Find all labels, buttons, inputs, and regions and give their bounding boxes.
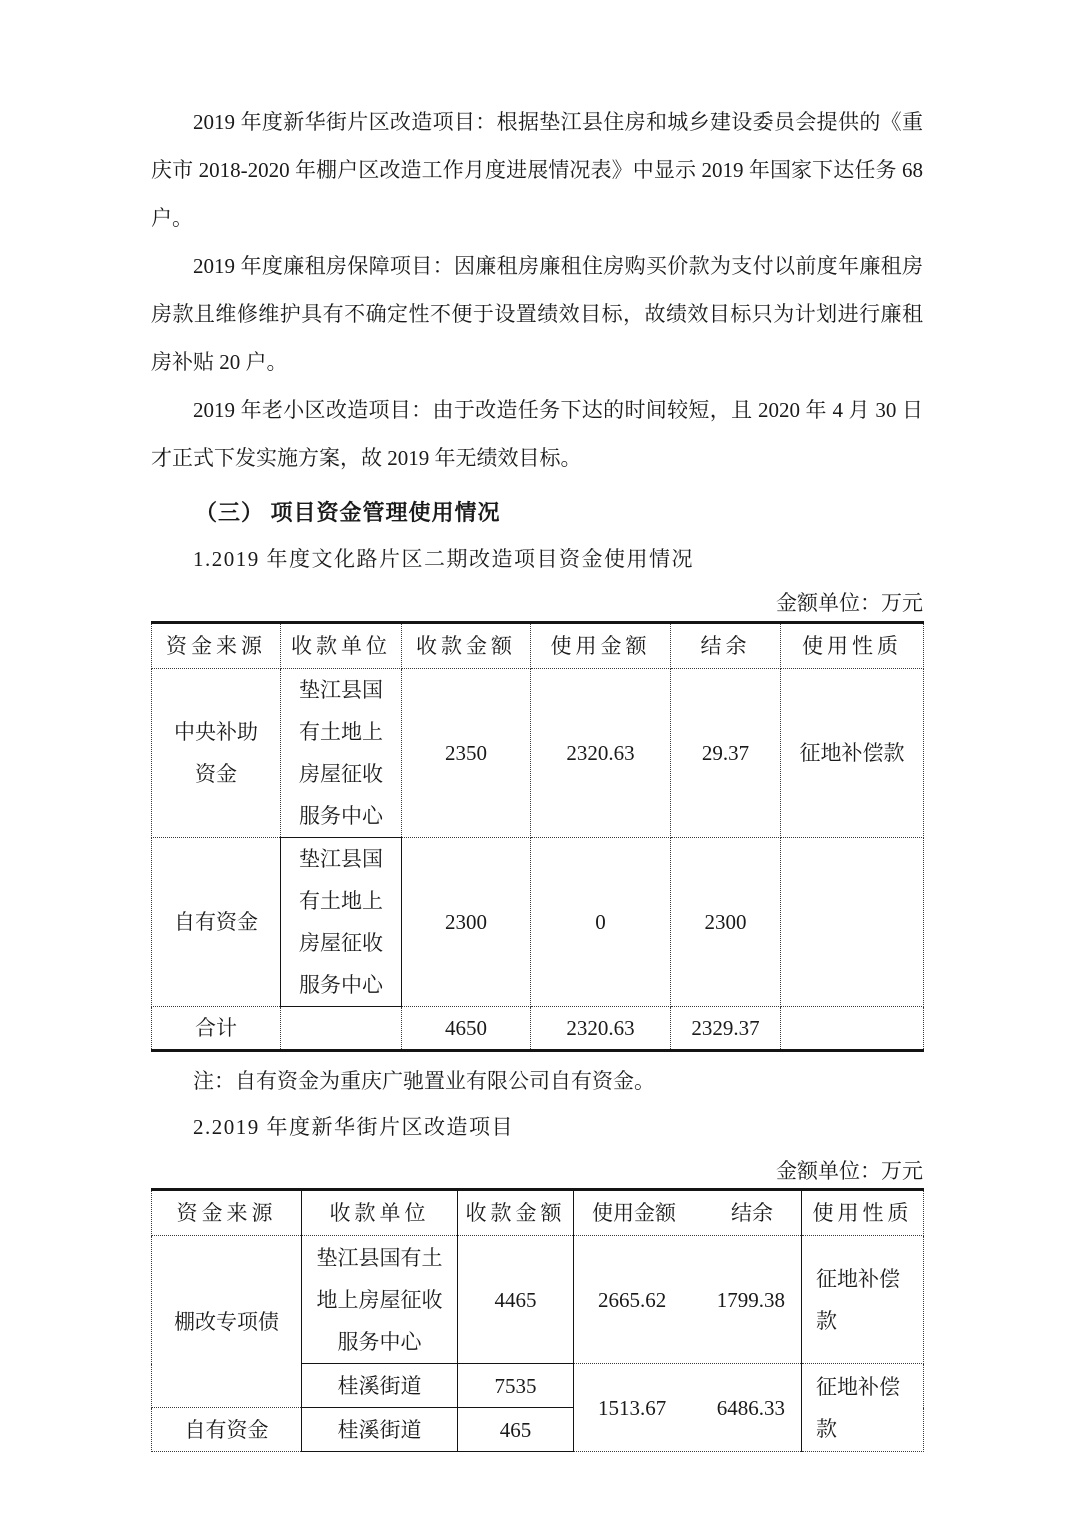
cell-used: 2320.63	[531, 669, 671, 838]
cell-nature: 征地补偿款	[802, 1236, 924, 1364]
cell-payee: 垫江县国有土地上房屋征收服务中心	[281, 669, 402, 838]
table1-header-used: 使用金额	[531, 623, 671, 669]
table1-header-received: 收款金额	[402, 623, 531, 669]
cell-nature: 征地补偿款	[802, 1364, 924, 1452]
table-xinhuajie-funds: 资金来源 收款单位 收款金额 使用金额 结余 使用性质 棚改专项债 垫江县国有土…	[151, 1188, 924, 1452]
balance-value: 1799.38	[717, 1279, 785, 1321]
cell-balance: 2329.37	[671, 1007, 781, 1051]
cell-received: 465	[458, 1408, 574, 1452]
section-heading-fund-management: （三） 项目资金管理使用情况	[151, 490, 923, 536]
cell-received: 4465	[458, 1236, 574, 1364]
cell-payee: 桂溪街道	[302, 1408, 458, 1452]
table2-row-special-bond: 棚改专项债 垫江县国有土地上房屋征收服务中心 4465 2665.62 1799…	[152, 1236, 924, 1364]
paragraph-xinhuajie-project: 2019 年度新华街片区改造项目：根据垫江县住房和城乡建设委员会提供的《重庆市 …	[151, 98, 923, 242]
used-amount-value: 2665.62	[598, 1279, 666, 1321]
table2-header-payee: 收款单位	[302, 1190, 458, 1236]
cell-balance: 29.37	[671, 669, 781, 838]
table1-header-source: 资金来源	[152, 623, 281, 669]
cell-used-balance: 2665.62 1799.38	[574, 1236, 802, 1364]
cell-payee: 垫江县国有土地上房屋征收服务中心	[281, 838, 402, 1007]
cell-source: 中央补助资金	[152, 669, 281, 838]
table1-note: 注：自有资金为重庆广驰置业有限公司自有资金。	[151, 1058, 923, 1104]
balance-value: 6486.33	[717, 1387, 785, 1429]
cell-received: 2350	[402, 669, 531, 838]
table2-header-row: 资金来源 收款单位 收款金额 使用金额 结余 使用性质	[152, 1190, 924, 1236]
cell-source: 棚改专项债	[152, 1236, 302, 1408]
cell-balance: 2300	[671, 838, 781, 1007]
table2-header-balance: 结余	[731, 1192, 773, 1234]
cell-received: 2300	[402, 838, 531, 1007]
paragraph-lianzufang-project: 2019 年度廉租房保障项目：因廉租房廉租住房购买价款为支付以前度年廉租房房款且…	[151, 242, 923, 386]
table2-header-received: 收款金额	[458, 1190, 574, 1236]
table1-header-row: 资金来源 收款单位 收款金额 使用金额 结余 使用性质	[152, 623, 924, 669]
unit-label-1: 金额单位：万元	[151, 586, 923, 620]
cell-total-label: 合计	[152, 1007, 281, 1051]
table1-row-own-funds: 自有资金 垫江县国有土地上房屋征收服务中心 2300 0 2300	[152, 838, 924, 1007]
cell-source: 自有资金	[152, 1408, 302, 1452]
table1-header-nature: 使用性质	[781, 623, 924, 669]
table1-row-central-subsidy: 中央补助资金 垫江县国有土地上房屋征收服务中心 2350 2320.63 29.…	[152, 669, 924, 838]
used-amount-value: 1513.67	[598, 1387, 666, 1429]
cell-nature	[781, 1007, 924, 1051]
cell-payee: 垫江县国有土地上房屋征收服务中心	[302, 1236, 458, 1364]
cell-used: 0	[531, 838, 671, 1007]
table2-header-nature: 使用性质	[802, 1190, 924, 1236]
table1-row-total: 合计 4650 2320.63 2329.37	[152, 1007, 924, 1051]
cell-used: 2320.63	[531, 1007, 671, 1051]
table2-header-used: 使用金额	[592, 1192, 676, 1234]
table1-header-balance: 结余	[671, 623, 781, 669]
item2-title: 2.2019 年度新华街片区改造项目	[151, 1104, 923, 1150]
cell-nature: 征地补偿款	[781, 669, 924, 838]
document-page: 2019 年度新华街片区改造项目：根据垫江县住房和城乡建设委员会提供的《重庆市 …	[151, 0, 923, 1452]
item1-title: 1.2019 年度文化路片区二期改造项目资金使用情况	[151, 536, 923, 582]
paragraph-laoxiaoqu-project: 2019 年老小区改造项目：由于改造任务下达的时间较短，且 2020 年 4 月…	[151, 386, 923, 482]
table1-header-payee: 收款单位	[281, 623, 402, 669]
table2-header-used-balance: 使用金额 结余	[574, 1190, 802, 1236]
table-wenhualu-funds: 资金来源 收款单位 收款金额 使用金额 结余 使用性质 中央补助资金 垫江县国有…	[151, 621, 924, 1052]
cell-used-balance: 1513.67 6486.33	[574, 1364, 802, 1452]
cell-source: 自有资金	[152, 838, 281, 1007]
cell-received: 4650	[402, 1007, 531, 1051]
unit-label-2: 金额单位：万元	[151, 1154, 923, 1188]
cell-nature	[781, 838, 924, 1007]
cell-payee	[281, 1007, 402, 1051]
cell-received: 7535	[458, 1364, 574, 1408]
cell-payee: 桂溪街道	[302, 1364, 458, 1408]
table2-header-source: 资金来源	[152, 1190, 302, 1236]
